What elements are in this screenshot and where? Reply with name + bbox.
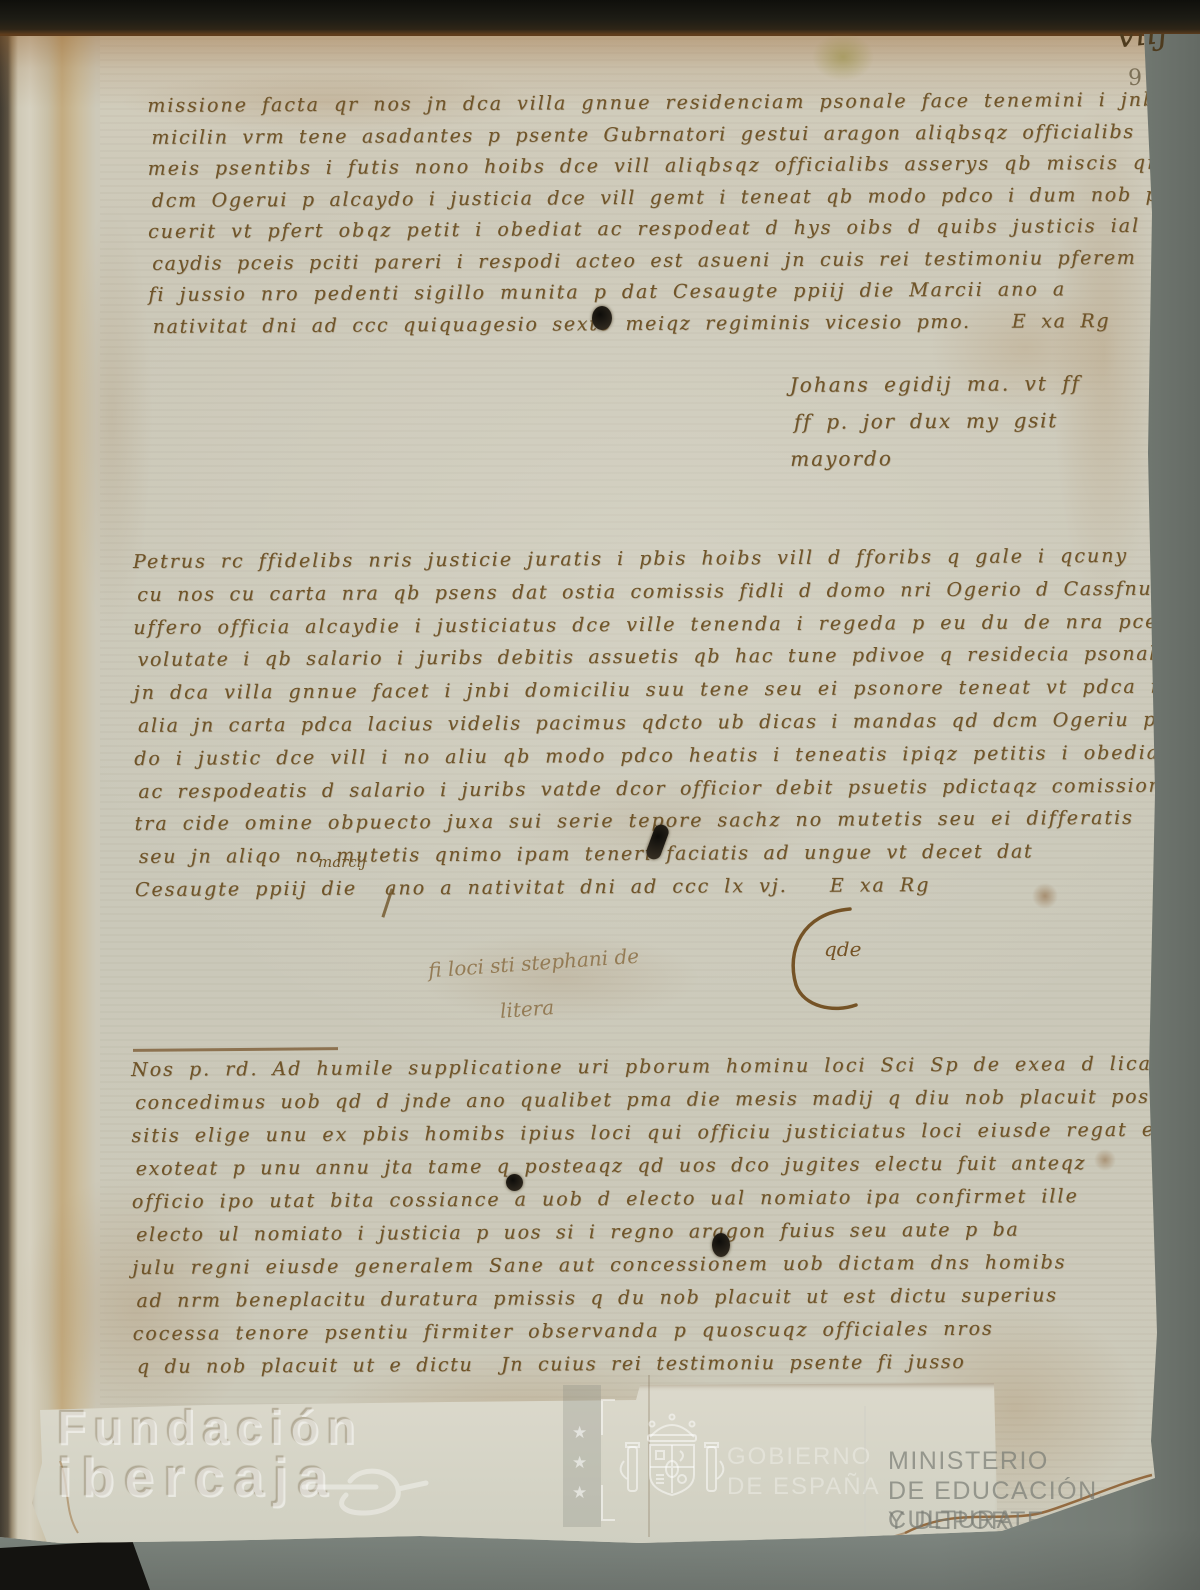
paragraph-2: Petrus rc ffidelibs nris justicie jurati… bbox=[133, 545, 1105, 912]
scan-canvas: missione facta qr nos jn dca villa gnnue… bbox=[0, 0, 1200, 1590]
worm-hole bbox=[712, 1233, 730, 1257]
book-top-edge bbox=[0, 0, 1200, 34]
star-icon: ★ bbox=[572, 1483, 587, 1503]
manuscript-page: missione facta qr nos jn dca villa gnnue… bbox=[0, 33, 1158, 1545]
star-icon: ★ bbox=[572, 1453, 587, 1473]
worm-hole bbox=[506, 1174, 523, 1191]
c-flourish-mark: qde bbox=[778, 899, 888, 1017]
bracket-mark bbox=[601, 1485, 615, 1521]
marginal-note-line: fi loci sti stephani de bbox=[427, 944, 639, 983]
manuscript-line: nativitat dni ad ccc quiquagesio sexto m… bbox=[153, 310, 1109, 347]
marginal-note-line: litera bbox=[499, 995, 555, 1023]
bottom-paper-strip bbox=[28, 1383, 998, 1545]
interline-insertion: marcij bbox=[318, 853, 366, 871]
bracket-mark bbox=[601, 1399, 615, 1435]
signature-block: Johans egidij ma. vt ff ff p. jor dux my… bbox=[790, 371, 1082, 484]
paragraph-3: Nos p. rd. Ad humile supplicatione uri p… bbox=[131, 1053, 1113, 1389]
manuscript-line: Cesaugte ppiij die ano a nativitat dni a… bbox=[135, 873, 1105, 912]
worm-hole bbox=[592, 306, 612, 330]
book-cover-corner bbox=[0, 1540, 150, 1590]
signature-line: mayordo bbox=[790, 445, 1081, 484]
rule-stroke bbox=[133, 1047, 338, 1052]
signature-line: ff p. jor dux my gsit bbox=[794, 408, 1081, 447]
signature-line: Johans egidij ma. vt ff bbox=[790, 371, 1081, 410]
paragraph-1: missione facta qr nos jn dca villa gnnue… bbox=[147, 89, 1109, 347]
manuscript-line: q du nob placuit ut e dictu Jn cuius rei… bbox=[137, 1350, 1113, 1389]
binding-gutter bbox=[0, 33, 100, 1545]
fold-line bbox=[648, 1375, 650, 1537]
flourish-label: qde bbox=[824, 937, 861, 961]
pencil-page-number: 9 bbox=[1128, 66, 1142, 91]
star-icon: ★ bbox=[572, 1423, 587, 1443]
